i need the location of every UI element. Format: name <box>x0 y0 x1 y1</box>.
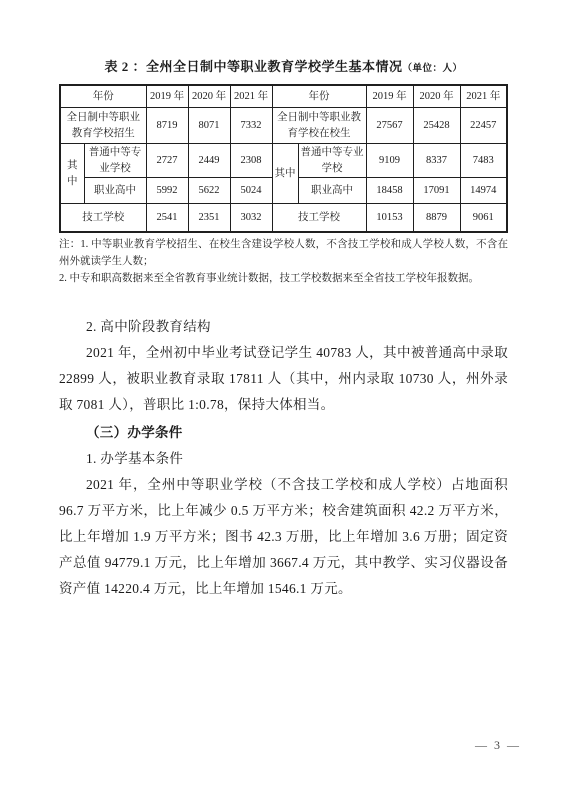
table-row: 技工学校 2541 2351 3032 技工学校 10153 8879 9061 <box>60 204 507 233</box>
secondary-left-2021: 2308 <box>230 144 272 178</box>
secondary-left-2020: 2449 <box>188 144 230 178</box>
year-col-right-2019: 2019 年 <box>366 85 413 108</box>
secondary-left-2019: 2727 <box>146 144 188 178</box>
body-text: 2. 高中阶段教育结构 2021 年，全州初中毕业考试登记学生 40783 人，… <box>59 314 508 602</box>
table-note-1: 注：1. 中等职业教育学校招生、在校生含建设学校人数，不含技工学校和成人学校人数… <box>59 237 508 271</box>
year-col-left-2021: 2021 年 <box>230 85 272 108</box>
table-row: 全日制中等职业教育学校招生 8719 8071 7332 全日制中等职业教育学校… <box>60 108 507 144</box>
on-campus-label: 全日制中等职业教育学校在校生 <box>272 108 366 144</box>
enrollment-2021: 7332 <box>230 108 272 144</box>
table-row: 其中 普通中等专业学校 2727 2449 2308 其中 普通中等专业学校 9… <box>60 144 507 178</box>
among-label-left: 其中 <box>60 144 84 204</box>
vocational-left-2019: 5992 <box>146 178 188 204</box>
secondary-right-2019: 9109 <box>366 144 413 178</box>
technical-left-2021: 3032 <box>230 204 272 233</box>
enrollment-2020: 8071 <box>188 108 230 144</box>
paragraph-school-conditions: 2021 年，全州中等职业学校（不含技工学校和成人学校）占地面积 96.7 万平… <box>59 472 508 602</box>
technical-right-2019: 10153 <box>366 204 413 233</box>
on-campus-2019: 27567 <box>366 108 413 144</box>
section-heading-2: 2. 高中阶段教育结构 <box>59 314 508 340</box>
year-col-right-2020: 2020 年 <box>413 85 460 108</box>
section-heading-3: （三）办学条件 <box>59 420 508 446</box>
secondary-right-2021: 7483 <box>460 144 507 178</box>
table-note-2: 2. 中专和职高数据来至全省教育事业统计数据，技工学校数据来至全省技工学校年报数… <box>59 271 508 288</box>
table-header-row: 年份 2019 年 2020 年 2021 年 年份 2019 年 2020 年… <box>60 85 507 108</box>
secondary-school-label-right: 普通中等专业学校 <box>298 144 366 178</box>
secondary-school-label-left: 普通中等专业学校 <box>84 144 146 178</box>
enrollment-label: 全日制中等职业教育学校招生 <box>60 108 146 144</box>
technical-school-label-left: 技工学校 <box>60 204 146 233</box>
vocational-right-2019: 18458 <box>366 178 413 204</box>
table-unit-label: （单位：人） <box>403 64 463 74</box>
document-page: 表 2 ：全州全日制中等职业教育学校学生基本情况（单位：人） 年份 2019 年… <box>0 0 565 800</box>
vocational-high-label-right: 职业高中 <box>298 178 366 204</box>
vocational-right-2020: 17091 <box>413 178 460 204</box>
vocational-left-2021: 5024 <box>230 178 272 204</box>
technical-right-2021: 9061 <box>460 204 507 233</box>
page-number: — 3 — <box>475 738 521 753</box>
year-col-right-2021: 2021 年 <box>460 85 507 108</box>
enrollment-2019: 8719 <box>146 108 188 144</box>
page-content: 表 2 ：全州全日制中等职业教育学校学生基本情况（单位：人） 年份 2019 年… <box>59 56 508 602</box>
technical-right-2020: 8879 <box>413 204 460 233</box>
table-title: 表 2 ：全州全日制中等职业教育学校学生基本情况（单位：人） <box>59 56 508 75</box>
technical-left-2019: 2541 <box>146 204 188 233</box>
vocational-left-2020: 5622 <box>188 178 230 204</box>
year-col-left-2019: 2019 年 <box>146 85 188 108</box>
paragraph-enrollment-structure: 2021 年，全州初中毕业考试登记学生 40783 人，其中被普通高中录取 22… <box>59 340 508 418</box>
year-col-left-2020: 2020 年 <box>188 85 230 108</box>
technical-left-2020: 2351 <box>188 204 230 233</box>
technical-school-label-right: 技工学校 <box>272 204 366 233</box>
vocational-high-label-left: 职业高中 <box>84 178 146 204</box>
on-campus-2020: 25428 <box>413 108 460 144</box>
vocational-right-2021: 14974 <box>460 178 507 204</box>
year-header-right: 年份 <box>272 85 366 108</box>
among-label-right: 其中 <box>272 144 298 204</box>
section-heading-3-1: 1. 办学基本条件 <box>59 446 508 472</box>
table-title-text: 表 2 ：全州全日制中等职业教育学校学生基本情况 <box>104 59 402 74</box>
secondary-right-2020: 8337 <box>413 144 460 178</box>
year-header-left: 年份 <box>60 85 146 108</box>
on-campus-2021: 22457 <box>460 108 507 144</box>
table-notes: 注：1. 中等职业教育学校招生、在校生含建设学校人数，不含技工学校和成人学校人数… <box>59 237 508 287</box>
students-stats-table: 年份 2019 年 2020 年 2021 年 年份 2019 年 2020 年… <box>59 84 508 233</box>
